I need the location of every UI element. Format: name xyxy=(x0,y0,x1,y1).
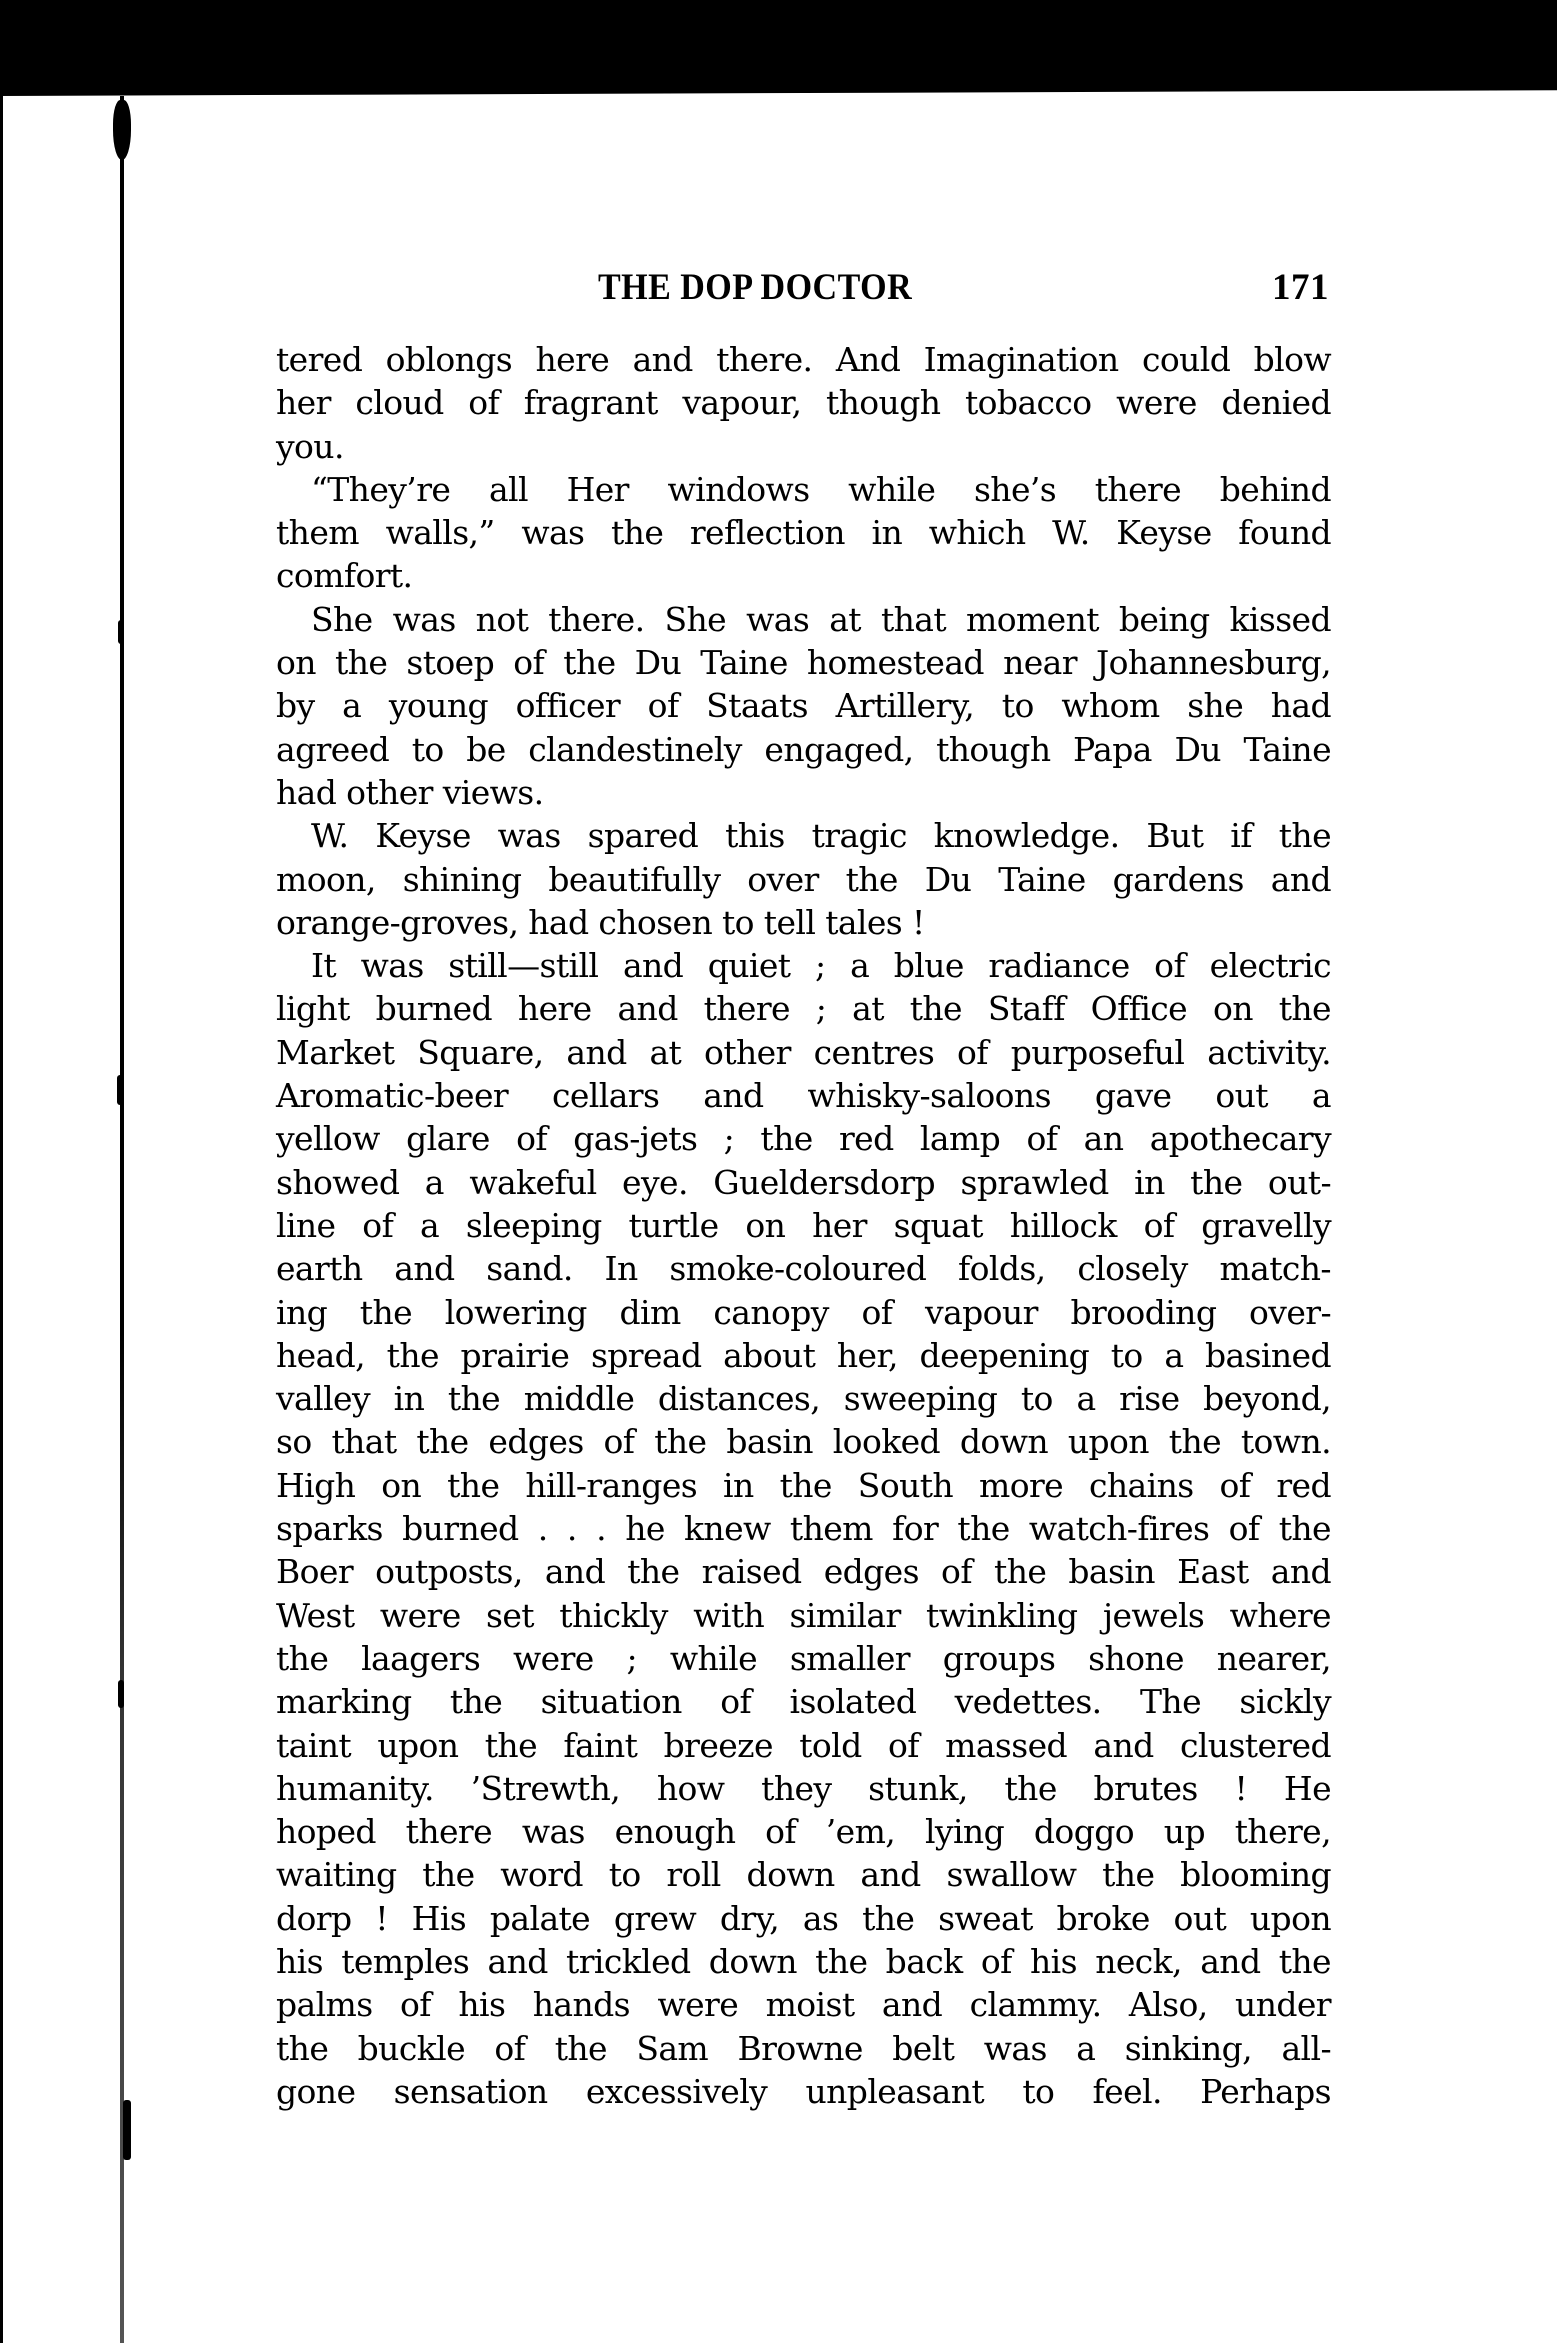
text-line: moon, shining beautifully over the Du Ta… xyxy=(276,858,1331,901)
text-line: valley in the middle distances, sweeping… xyxy=(276,1377,1331,1420)
text-line: them walls,” was the reflection in which… xyxy=(276,511,1331,554)
text-line: line of a sleeping turtle on her squat h… xyxy=(276,1204,1331,1247)
text-line: orange-groves, had chosen to tell tales … xyxy=(276,901,1331,944)
text-line: gone sensation excessively unpleasant to… xyxy=(276,2070,1331,2113)
text-line: comfort. xyxy=(276,554,1331,597)
text-line: waiting the word to roll down and swallo… xyxy=(276,1853,1331,1896)
text-line: on the stoep of the Du Taine homestead n… xyxy=(276,641,1331,684)
book-page: THE DOP DOCTOR 171 tered oblongs here an… xyxy=(276,258,1331,2113)
text-line: so that the edges of the basin looked do… xyxy=(276,1420,1331,1463)
text-line: marking the situation of isolated vedett… xyxy=(276,1680,1331,1723)
gutter-speck xyxy=(123,2100,131,2160)
text-line: agreed to be clandestinely engaged, thou… xyxy=(276,728,1331,771)
text-line: sparks burned . . . he knew them for the… xyxy=(276,1507,1331,1550)
text-line: light burned here and there ; at the Sta… xyxy=(276,987,1331,1030)
text-line: earth and sand. In smoke-coloured folds,… xyxy=(276,1247,1331,1290)
text-line: had other views. xyxy=(276,771,1331,814)
gutter-speck xyxy=(118,620,124,644)
binding-gutter-line xyxy=(120,96,124,2343)
scan-top-black-band xyxy=(0,0,1557,96)
gutter-speck xyxy=(117,1075,123,1105)
running-head: THE DOP DOCTOR 171 xyxy=(276,258,1331,328)
text-line: you. xyxy=(276,425,1331,468)
text-line: Boer outposts, and the raised edges of t… xyxy=(276,1550,1331,1593)
text-line: taint upon the faint breeze told of mass… xyxy=(276,1724,1331,1767)
text-line: West were set thickly with similar twink… xyxy=(276,1594,1331,1637)
text-line: his temples and trickled down the back o… xyxy=(276,1940,1331,1983)
text-line: W. Keyse was spared this tragic knowledg… xyxy=(276,814,1331,857)
text-line: High on the hill-ranges in the South mor… xyxy=(276,1464,1331,1507)
text-line: Aromatic-beer cellars and whisky-saloons… xyxy=(276,1074,1331,1117)
text-line: yellow glare of gas-jets ; the red lamp … xyxy=(276,1117,1331,1160)
text-line: showed a wakeful eye. Gueldersdorp spraw… xyxy=(276,1161,1331,1204)
text-line: the laagers were ; while smaller groups … xyxy=(276,1637,1331,1680)
scan-left-edge xyxy=(0,96,3,2343)
body-text: tered oblongs here and there. And Imagin… xyxy=(276,338,1331,2113)
running-title: THE DOP DOCTOR xyxy=(598,266,912,309)
text-line: dorp ! His palate grew dry, as the sweat… xyxy=(276,1897,1331,1940)
text-line: humanity. ’Strewth, how they stunk, the … xyxy=(276,1767,1331,1810)
text-line: by a young officer of Staats Artillery, … xyxy=(276,684,1331,727)
text-line: “They’re all Her windows while she’s the… xyxy=(276,468,1331,511)
gutter-speck xyxy=(118,1680,124,1708)
text-line: hoped there was enough of ’em, lying dog… xyxy=(276,1810,1331,1853)
text-line: She was not there. She was at that momen… xyxy=(276,598,1331,641)
text-line: palms of his hands were moist and clammy… xyxy=(276,1983,1331,2026)
text-line: the buckle of the Sam Browne belt was a … xyxy=(276,2027,1331,2070)
text-line: ing the lowering dim canopy of vapour br… xyxy=(276,1291,1331,1334)
page-number: 171 xyxy=(1272,266,1329,309)
text-line: her cloud of fragrant vapour, though tob… xyxy=(276,381,1331,424)
text-line: head, the prairie spread about her, deep… xyxy=(276,1334,1331,1377)
text-line: tered oblongs here and there. And Imagin… xyxy=(276,338,1331,381)
text-line: It was still—still and quiet ; a blue ra… xyxy=(276,944,1331,987)
text-line: Market Square, and at other centres of p… xyxy=(276,1031,1331,1074)
